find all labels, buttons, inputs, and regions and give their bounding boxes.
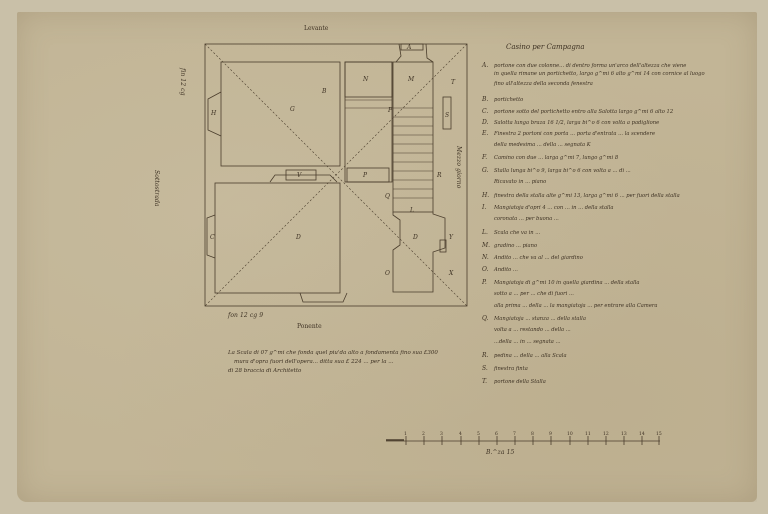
room-label: D — [296, 234, 301, 241]
legend-item: finestra della stalla alte g^mi 13, larg… — [494, 193, 680, 199]
legend-item: Andito ... — [494, 267, 518, 273]
room-label: N — [363, 76, 368, 83]
room-label: H — [211, 110, 216, 117]
legend-item: portichetto — [494, 97, 523, 103]
note-line: La Scala di 07 g^mi che fonda quel piu'd… — [228, 350, 438, 356]
room-label: G — [290, 106, 295, 113]
room-label: F — [388, 107, 392, 114]
legend-item: in quella rimane un portichetto, largo g… — [494, 71, 705, 77]
floor-plan-drawing — [0, 0, 768, 514]
room-label: S — [445, 112, 449, 119]
legend-item: coronata ... per buona ... — [494, 216, 559, 222]
legend-item: Mangiatoja ... stanza ... della stalla — [494, 316, 586, 322]
room-label: X — [449, 270, 453, 277]
room-label: C — [210, 234, 215, 241]
room-label: M — [408, 76, 414, 83]
room-label: Q — [385, 193, 390, 200]
right-side-label: Mezzo giorno — [455, 146, 462, 188]
left-side-label: Sottostrada — [153, 170, 160, 207]
legend-item: Mangiatoja di g^mi 10 in quella giardina… — [494, 280, 640, 286]
orientation-top-label: Levante — [304, 25, 328, 32]
room-label: B — [322, 88, 327, 95]
room-label: R — [437, 172, 442, 179]
legend-item: Camino con due ... larga g^mi 7, lungo g… — [494, 155, 618, 161]
left-margin-note: fin 12 cg — [179, 68, 186, 96]
legend-item: Ricavato in ... piano — [494, 179, 546, 185]
room-label: T — [451, 79, 455, 86]
legend-item: fino all'altezza della seconda fenestra — [494, 81, 593, 87]
legend-item: Andito ... che va al ... del giardino — [494, 255, 583, 261]
legend-item: finestra finta — [494, 366, 528, 372]
legend-item: volta a ... restando ... della ... — [494, 327, 571, 333]
room-label: O — [385, 270, 390, 277]
room-label: P — [363, 172, 367, 179]
legend-item: Stalla lunga bi^o 9, larga bi^o 6 con vo… — [494, 168, 631, 174]
room-label: A — [407, 44, 411, 51]
orientation-bottom-label: Ponente — [297, 323, 322, 330]
legend-item: Scala che va in ... — [494, 230, 540, 236]
legend-item: sotto a ... per ... che di fuori ... — [494, 291, 574, 297]
legend-item: pedina ... della ... alla Scala — [494, 353, 567, 359]
legend-item: alla prima ... della ... la mangiatoja .… — [494, 303, 657, 309]
legend-item: Finestra 2 portoni con porta ... porta d… — [494, 131, 655, 137]
legend-title: Casino per Campagna — [506, 43, 585, 51]
legend-item: portone della Stalla — [494, 379, 546, 385]
room-label: L — [410, 207, 414, 214]
room-label: V — [297, 172, 301, 179]
room-label: Y — [449, 234, 453, 241]
scale-caption: B.^za 15 — [486, 449, 514, 456]
legend-item: della medesima ... della ... segnata K — [494, 142, 591, 148]
legend-item: Mangiatoja d'opri 4 ... con ... in ... d… — [494, 205, 613, 211]
note-line: di 28 braccia di Architetto — [228, 368, 301, 374]
legend-item: portone con due colonne... di dentro for… — [494, 63, 686, 69]
legend-item: ...della ... in ... segnata ... — [494, 339, 561, 345]
room-label: D — [413, 234, 418, 241]
legend-item: gradino ... piano — [494, 243, 537, 249]
legend-item: portone sotto del portichetto entro alla… — [494, 109, 673, 115]
floor-note: fon 12 cg 9 — [228, 312, 263, 319]
note-line: mura d'opra fuori dell'opera... ditta su… — [234, 359, 394, 365]
legend-item: Salotta lunga braza 16 1/2, larga bi^o 6… — [494, 120, 659, 126]
